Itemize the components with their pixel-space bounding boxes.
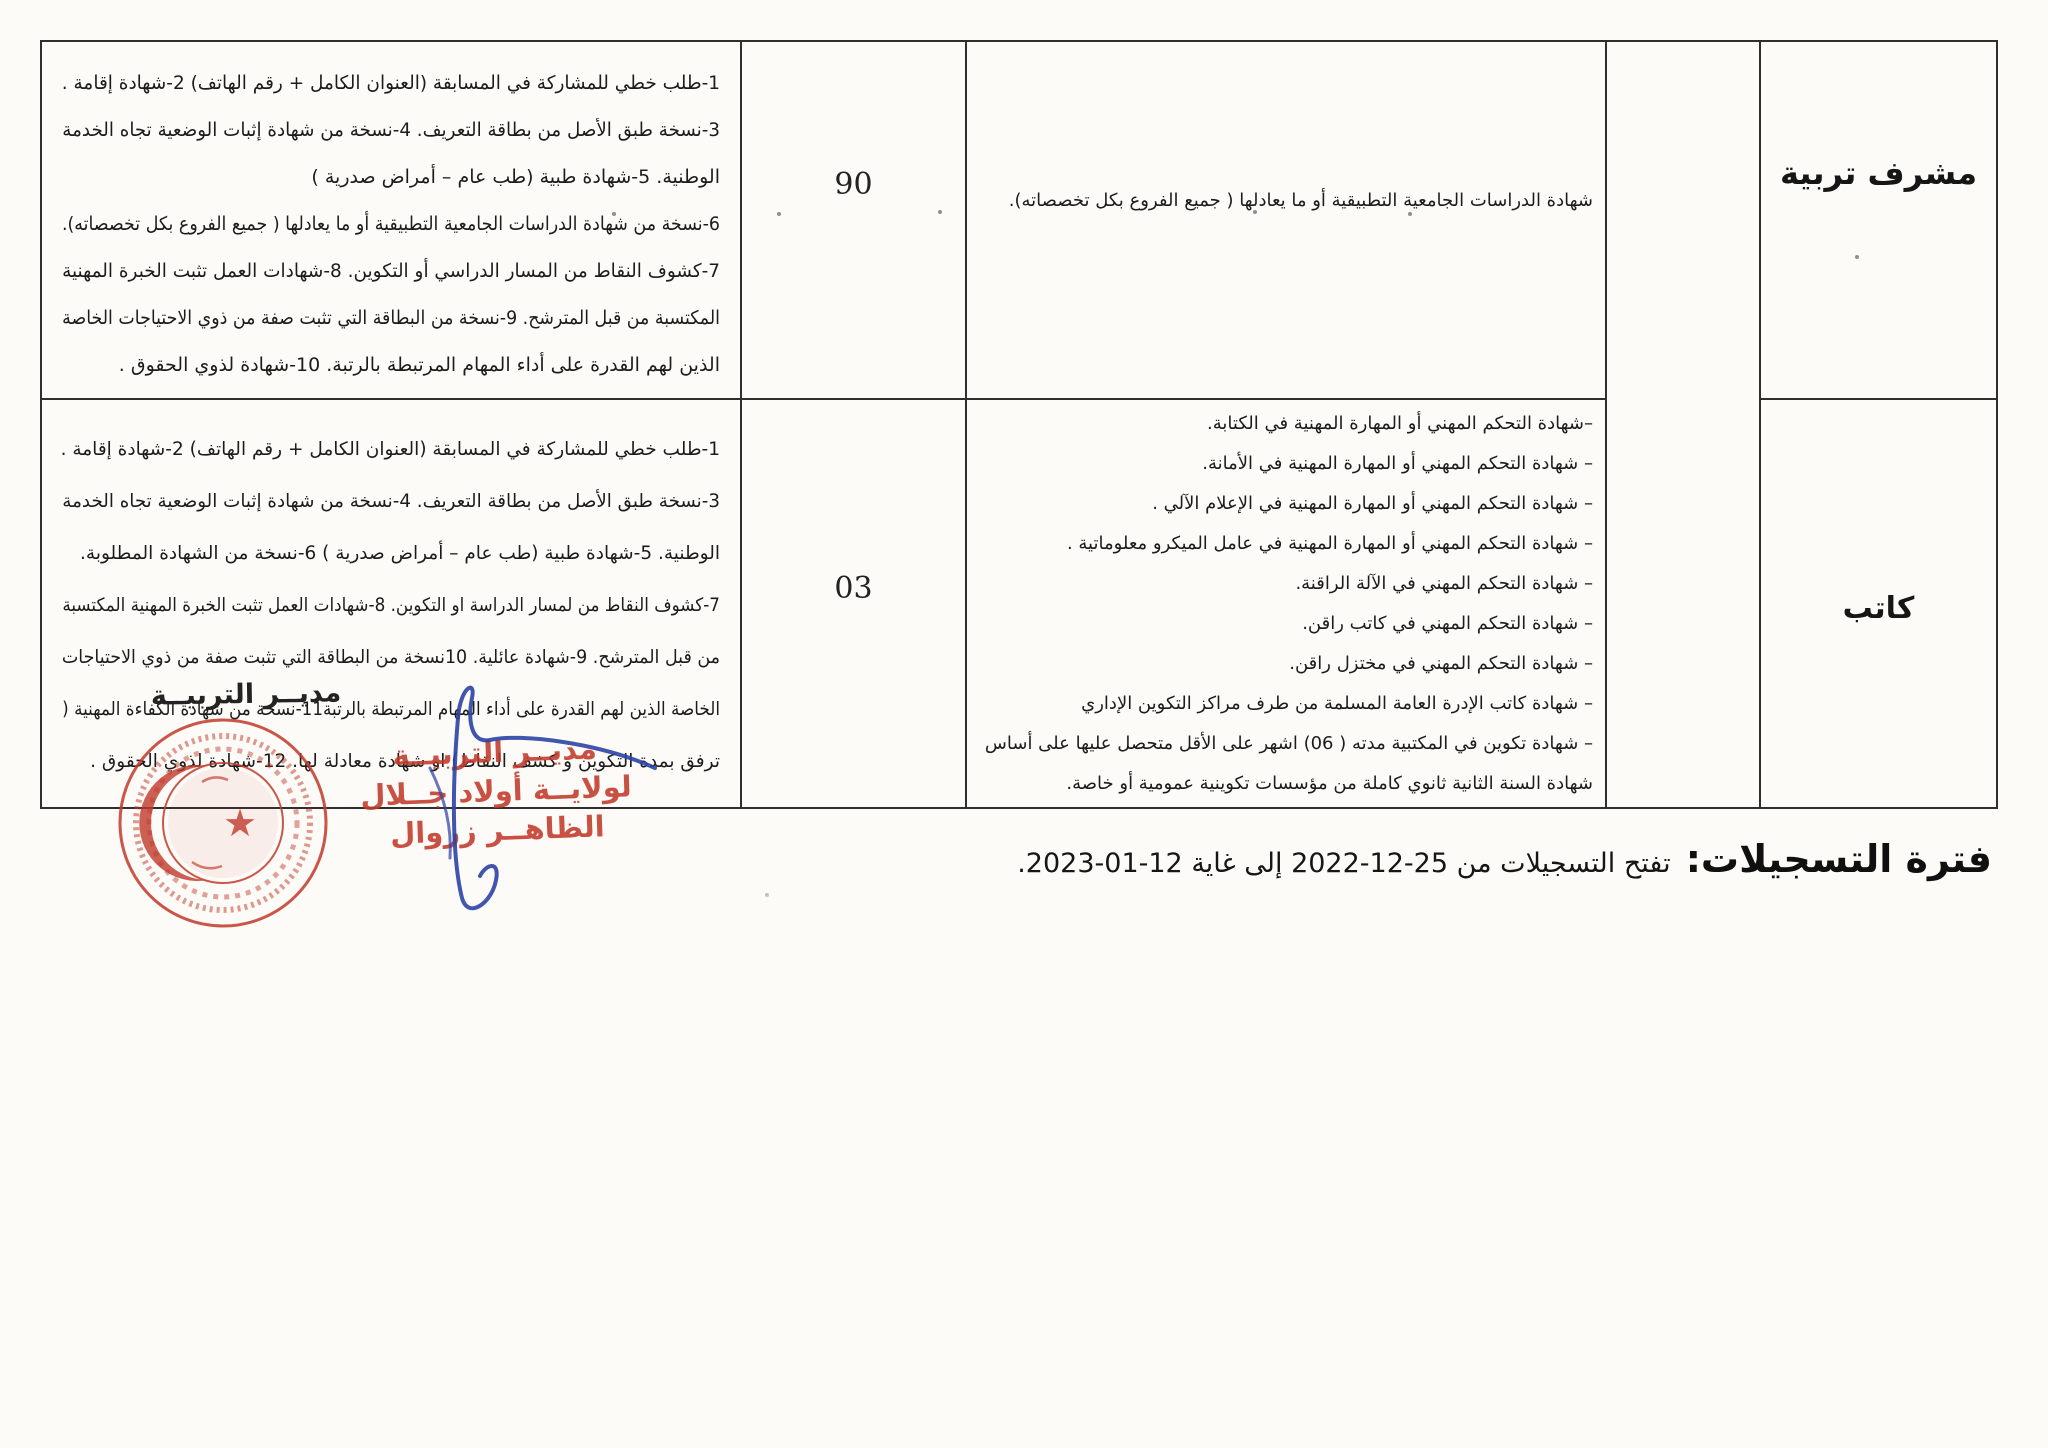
certificate-line: شهادة الدراسات الجامعية التطبيقية أو ما … [979, 190, 1593, 251]
official-round-stamp-icon: ★ [112, 712, 334, 934]
certificate-line: شهادة السنة الثانية ثانوي كاملة من مؤسسا… [979, 764, 1593, 804]
certificate-line: – شهادة تكوين في المكتبية مدته ( 06) اشه… [979, 724, 1593, 764]
scan-speck [1855, 255, 1859, 259]
scan-speck [1408, 212, 1412, 216]
certificate-line: – شهادة كاتب الإدرة العامة المسلمة من طر… [979, 684, 1593, 724]
certificate-line: – شهادة التحكم المهني في مختزل راقن. [979, 644, 1593, 684]
positions-count: 90 [834, 167, 872, 202]
empty-column-cell [1605, 42, 1759, 807]
requirement-line: 7-كشوف النقاط من المسار الدراسي أو التكو… [81, 248, 720, 295]
certificate-line: –شهادة التحكم المهني أو المهارة المهنية … [979, 404, 1593, 444]
job-title: مشرف تربية [1780, 154, 1977, 192]
scan-speck [612, 212, 616, 216]
certificate-line: – شهادة التحكم المهني في كاتب راقن. [979, 604, 1593, 644]
requirements-cell-row1: 1-طلب خطي للمشاركة في المسابقة (العنوان … [42, 42, 740, 398]
scan-speck [777, 212, 781, 216]
job-title: كاتب [1843, 591, 1915, 626]
director-of-education-caption: مديــر التربيــة [136, 677, 357, 712]
certificate-line: – شهادة التحكم المهني أو المهارة المهنية… [979, 444, 1593, 484]
scan-speck [938, 210, 942, 214]
certificate-line: – شهادة التحكم المهني أو المهارة المهنية… [979, 484, 1593, 524]
requirement-line: المكتسبة من قبل المترشح. 9-نسخة من البطا… [118, 295, 720, 342]
requirement-line: الوطنية. 5-شهادة طبية (طب عام – أمراض صد… [62, 528, 720, 580]
requirement-line: 1-طلب خطي للمشاركة في المسابقة (العنوان … [62, 424, 720, 476]
registration-period-line: فترة التسجيلات: تفتح التسجيلات من 25-12-… [592, 828, 1992, 898]
certificate-line: – شهادة التحكم المهني أو المهارة المهنية… [979, 524, 1593, 564]
requirement-line: 1-طلب خطي للمشاركة في المسابقة (العنوان … [80, 60, 720, 107]
requirement-line: 3-نسخة طبق الأصل من بطاقة التعريف. 4-نسخ… [87, 107, 720, 154]
registration-period-text: تفتح التسجيلات من 25-12-2022 إلى غاية 12… [1017, 848, 1670, 879]
positions-count-cell-row1: 90 [740, 42, 965, 398]
scan-speck [1253, 210, 1257, 214]
requirement-line: الذين لهم القدرة على أداء المهام المرتبط… [62, 342, 720, 389]
handwritten-signature [400, 668, 700, 930]
certificates-cell-row1: شهادة الدراسات الجامعية التطبيقية أو ما … [965, 42, 1605, 398]
certificates-cell-row2: –شهادة التحكم المهني أو المهارة المهنية … [965, 398, 1605, 807]
requirement-line: 6-نسخة من شهادة الدراسات الجامعية التطبي… [116, 201, 720, 248]
requirement-line: 3-نسخة طبق الأصل من بطاقة التعريف. 4-نسخ… [70, 476, 720, 528]
scanned-document-page: 1-طلب خطي للمشاركة في المسابقة (العنوان … [0, 0, 2048, 1448]
positions-count-cell-row2: 03 [740, 398, 965, 807]
job-title-cell-row2: كاتب [1759, 398, 1996, 807]
positions-count: 03 [834, 571, 872, 606]
certificate-line: – شهادة التحكم المهني في الآلة الراقنة. [979, 564, 1593, 604]
registration-period-heading: فترة التسجيلات: [1686, 837, 1992, 881]
requirement-line: 7-كشوف النقاط من لمسار الدراسة او التكوي… [123, 580, 720, 632]
requirement-line: الوطنية. 5-شهادة طبية (طب عام – أمراض صد… [62, 154, 720, 201]
job-title-cell-row1: مشرف تربية [1759, 42, 1996, 398]
